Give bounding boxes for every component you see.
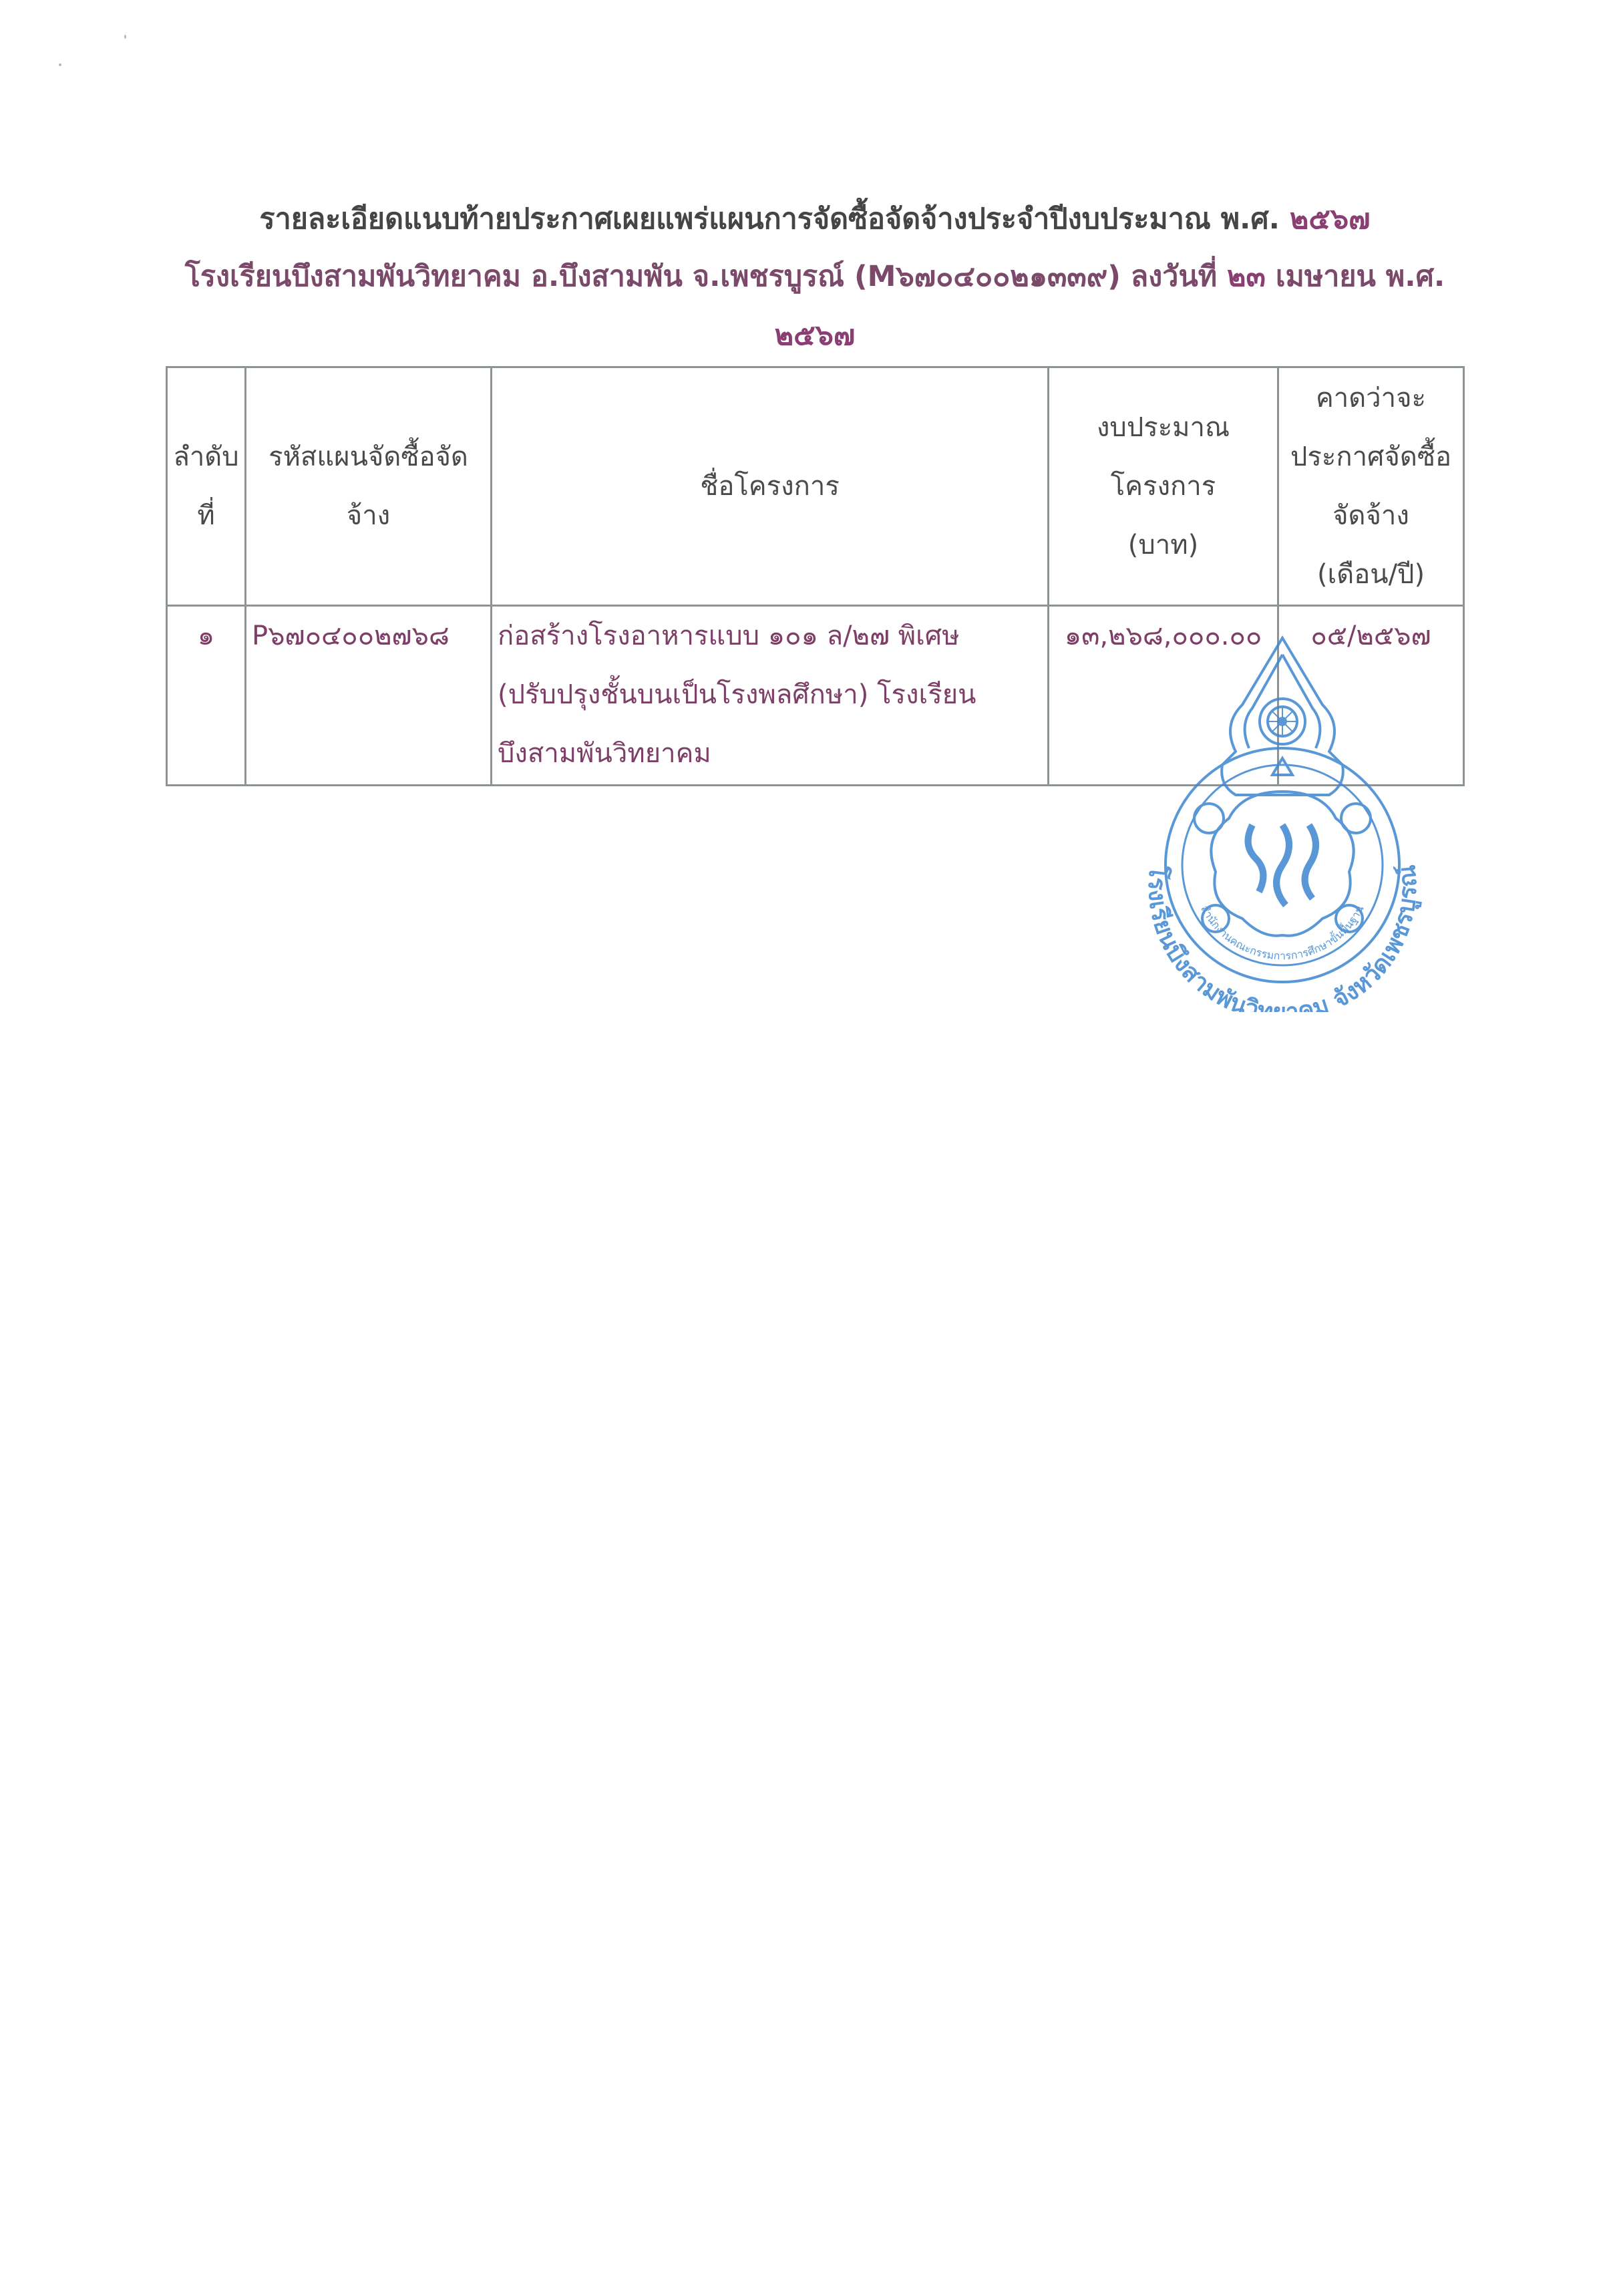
subtitle-text: โรงเรียนบึงสามพันวิทยาคม อ.บึงสามพัน จ.เ…	[185, 260, 1227, 293]
subtitle-day: ๒๓	[1227, 260, 1266, 293]
header-seq-line: ลำดับ	[173, 428, 239, 486]
procurement-plan-table: ลำดับ ที่ รหัสแผนจัดซื้อจัด จ้าง ชื่อโคร…	[166, 366, 1465, 786]
header-code-line: รหัสแผนจัดซื้อจัด	[252, 428, 485, 486]
header-code-line: จ้าง	[252, 486, 485, 545]
header-date-line: ประกาศจัดซื้อ	[1284, 428, 1457, 486]
title-text: รายละเอียดแนบท้ายประกาศเผยแพร่แผนการจัดซ…	[259, 202, 1290, 236]
header-plan-code: รหัสแผนจัดซื้อจัด จ้าง	[246, 367, 492, 606]
header-budget-line: โครงการ	[1055, 457, 1272, 516]
header-seq: ลำดับ ที่	[167, 367, 246, 606]
document-title: รายละเอียดแนบท้ายประกาศเผยแพร่แผนการจัดซ…	[160, 199, 1469, 239]
header-budget-line: งบประมาณ	[1055, 398, 1272, 457]
cell-project-name: ก่อสร้างโรงอาหารแบบ ๑๐๑ ล/๒๗ พิเศษ (ปรับ…	[492, 606, 1049, 786]
scan-speck	[124, 35, 126, 39]
header-seq-line: ที่	[173, 486, 239, 545]
cell-plan-code: P๖๗๐๔๐๐๒๗๖๘	[246, 606, 492, 786]
cell-budget: ๑๓,๒๖๘,๐๐๐.๐๐	[1049, 606, 1278, 786]
document-subtitle: โรงเรียนบึงสามพันวิทยาคม อ.บึงสามพัน จ.เ…	[160, 257, 1469, 297]
subtitle-month: เมษายน พ.ศ.	[1266, 260, 1445, 293]
stamp-inner-text: สำนักงานคณะกรรมการการศึกษาขั้นพื้นฐาน	[1198, 903, 1367, 963]
project-name-line: ก่อสร้างโรงอาหารแบบ ๑๐๑ ล/๒๗ พิเศษ	[498, 607, 1042, 665]
header-date-line: คาดว่าจะ	[1284, 369, 1457, 428]
scan-speck	[59, 63, 61, 66]
document-subtitle-year: ๒๕๖๗	[160, 315, 1469, 355]
cell-seq: ๑	[167, 606, 246, 786]
title-year: ๒๕๖๗	[1290, 202, 1371, 236]
table-row: ๑ P๖๗๐๔๐๐๒๗๖๘ ก่อสร้างโรงอาหารแบบ ๑๐๑ ล/…	[167, 606, 1464, 786]
table-header-row: ลำดับ ที่ รหัสแผนจัดซื้อจัด จ้าง ชื่อโคร…	[167, 367, 1464, 606]
header-project-name: ชื่อโครงการ	[492, 367, 1049, 606]
header-date-line: จัดจ้าง	[1284, 486, 1457, 545]
header-budget: งบประมาณ โครงการ (บาท)	[1049, 367, 1278, 606]
project-name-line: (ปรับปรุงชั้นบนเป็นโรงพลศึกษา) โรงเรียน	[498, 665, 1042, 724]
stamp-outer-text: โรงเรียนบึงสามพันวิทยาคม จังหวัดเพชรบูรณ…	[1143, 863, 1423, 1012]
header-expected-date: คาดว่าจะ ประกาศจัดซื้อ จัดจ้าง (เดือน/ปี…	[1278, 367, 1464, 606]
header-date-line: (เดือน/ปี)	[1284, 545, 1457, 604]
document-page: รายละเอียดแนบท้ายประกาศเผยแพร่แผนการจัดซ…	[0, 0, 1609, 2296]
project-name-line: บึงสามพันวิทยาคม	[498, 724, 1042, 783]
subtitle-year: ๒๕๖๗	[775, 319, 856, 352]
header-name-line: ชื่อโครงการ	[498, 457, 1042, 516]
header-budget-line: (บาท)	[1055, 516, 1272, 575]
cell-expected-date: ๐๕/๒๕๖๗	[1278, 606, 1464, 786]
